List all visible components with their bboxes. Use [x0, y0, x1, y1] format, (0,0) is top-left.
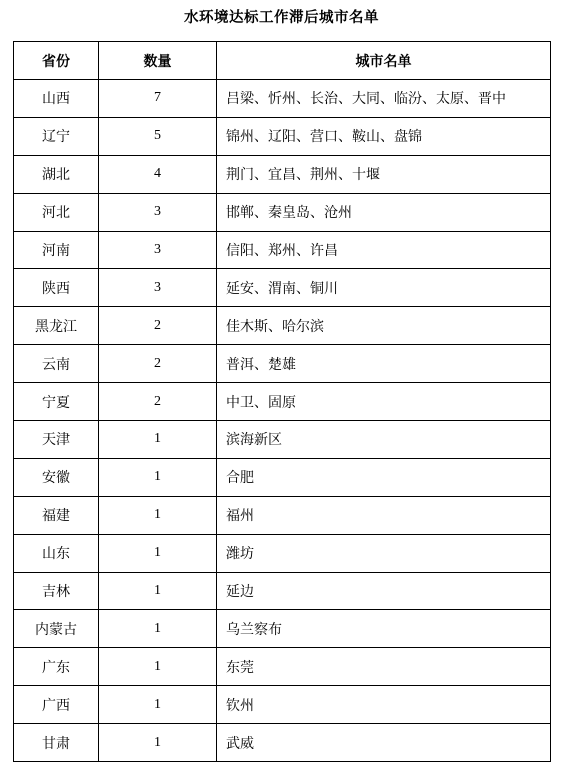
province-cell: 广东	[14, 648, 99, 686]
count-cell: 1	[99, 648, 217, 686]
count-cell: 2	[99, 345, 217, 383]
table-row: 甘肃 1 武威	[14, 724, 551, 762]
cities-cell: 钦州	[217, 686, 551, 724]
table-row: 山东 1 潍坊	[14, 534, 551, 572]
cities-cell: 潍坊	[217, 534, 551, 572]
lagging-cities-table: 省份 数量 城市名单 山西 7 吕梁、忻州、长治、大同、临汾、太原、晋中 辽宁 …	[13, 41, 551, 762]
table-body: 山西 7 吕梁、忻州、长治、大同、临汾、太原、晋中 辽宁 5 锦州、辽阳、营口、…	[14, 80, 551, 762]
province-cell: 内蒙古	[14, 610, 99, 648]
header-count: 数量	[99, 42, 217, 80]
table-row: 云南 2 普洱、楚雄	[14, 345, 551, 383]
count-cell: 5	[99, 117, 217, 155]
cities-cell: 福州	[217, 496, 551, 534]
cities-cell: 荆门、宜昌、荆州、十堰	[217, 155, 551, 193]
table-row: 河北 3 邯郸、秦皇岛、沧州	[14, 193, 551, 231]
table-header-row: 省份 数量 城市名单	[14, 42, 551, 80]
cities-cell: 东莞	[217, 648, 551, 686]
province-cell: 安徽	[14, 458, 99, 496]
table-row: 河南 3 信阳、郑州、许昌	[14, 231, 551, 269]
cities-cell: 信阳、郑州、许昌	[217, 231, 551, 269]
table-row: 广西 1 钦州	[14, 686, 551, 724]
province-cell: 黑龙江	[14, 307, 99, 345]
table-header: 省份 数量 城市名单	[14, 42, 551, 80]
cities-cell: 延边	[217, 572, 551, 610]
count-cell: 1	[99, 534, 217, 572]
count-cell: 7	[99, 80, 217, 118]
province-cell: 河南	[14, 231, 99, 269]
cities-cell: 乌兰察布	[217, 610, 551, 648]
cities-cell: 合肥	[217, 458, 551, 496]
table-row: 内蒙古 1 乌兰察布	[14, 610, 551, 648]
count-cell: 3	[99, 231, 217, 269]
cities-cell: 佳木斯、哈尔滨	[217, 307, 551, 345]
cities-cell: 延安、渭南、铜川	[217, 269, 551, 307]
table-row: 吉林 1 延边	[14, 572, 551, 610]
count-cell: 3	[99, 193, 217, 231]
count-cell: 1	[99, 496, 217, 534]
province-cell: 湖北	[14, 155, 99, 193]
count-cell: 1	[99, 458, 217, 496]
table-row: 湖北 4 荆门、宜昌、荆州、十堰	[14, 155, 551, 193]
count-cell: 2	[99, 383, 217, 421]
cities-cell: 滨海新区	[217, 421, 551, 459]
province-cell: 福建	[14, 496, 99, 534]
table-row: 黑龙江 2 佳木斯、哈尔滨	[14, 307, 551, 345]
cities-cell: 武威	[217, 724, 551, 762]
table-row: 天津 1 滨海新区	[14, 421, 551, 459]
province-cell: 广西	[14, 686, 99, 724]
cities-cell: 普洱、楚雄	[217, 345, 551, 383]
count-cell: 3	[99, 269, 217, 307]
table-row: 山西 7 吕梁、忻州、长治、大同、临汾、太原、晋中	[14, 80, 551, 118]
header-cities: 城市名单	[217, 42, 551, 80]
province-cell: 河北	[14, 193, 99, 231]
header-province: 省份	[14, 42, 99, 80]
cities-cell: 中卫、固原	[217, 383, 551, 421]
province-cell: 云南	[14, 345, 99, 383]
cities-cell: 邯郸、秦皇岛、沧州	[217, 193, 551, 231]
province-cell: 山西	[14, 80, 99, 118]
table-row: 广东 1 东莞	[14, 648, 551, 686]
count-cell: 1	[99, 724, 217, 762]
cities-cell: 锦州、辽阳、营口、鞍山、盘锦	[217, 117, 551, 155]
table-row: 陕西 3 延安、渭南、铜川	[14, 269, 551, 307]
table-row: 安徽 1 合肥	[14, 458, 551, 496]
count-cell: 1	[99, 572, 217, 610]
province-cell: 山东	[14, 534, 99, 572]
count-cell: 1	[99, 686, 217, 724]
province-cell: 甘肃	[14, 724, 99, 762]
count-cell: 4	[99, 155, 217, 193]
count-cell: 1	[99, 421, 217, 459]
count-cell: 1	[99, 610, 217, 648]
count-cell: 2	[99, 307, 217, 345]
province-cell: 辽宁	[14, 117, 99, 155]
table-row: 福建 1 福州	[14, 496, 551, 534]
page-title: 水环境达标工作滞后城市名单	[0, 0, 563, 28]
table-row: 辽宁 5 锦州、辽阳、营口、鞍山、盘锦	[14, 117, 551, 155]
province-cell: 吉林	[14, 572, 99, 610]
province-cell: 陕西	[14, 269, 99, 307]
table-row: 宁夏 2 中卫、固原	[14, 383, 551, 421]
cities-cell: 吕梁、忻州、长治、大同、临汾、太原、晋中	[217, 80, 551, 118]
province-cell: 天津	[14, 421, 99, 459]
province-cell: 宁夏	[14, 383, 99, 421]
